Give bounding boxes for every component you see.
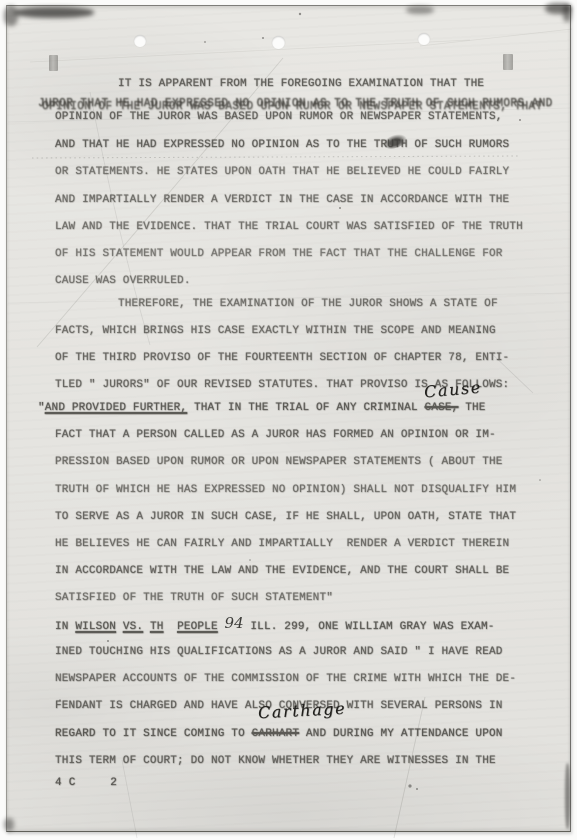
typed-text: FACTS, WHICH BRINGS HIS CASE EXACTLY WIT… <box>55 325 496 337</box>
underlined-word: TH <box>150 621 164 633</box>
smudge-mark <box>565 763 570 829</box>
typed-text: REGARD TO IT SINCE COMING TO <box>55 728 252 740</box>
typed-line: THIS TERM OF COURT; DO NOT KNOW WHETHER … <box>55 755 496 767</box>
typed-text: THAT IN THE TRIAL OF ANY CRIMINAL <box>187 402 424 414</box>
typed-text: THIS TERM OF COURT; DO NOT KNOW WHETHER … <box>55 755 496 767</box>
typed-text: IT IS APPARENT FROM THE FOREGOING EXAMIN… <box>118 78 484 90</box>
underlined-word: VS. <box>123 621 143 633</box>
typed-text: OPINION OF THE JUROR WAS BASED UPON RUMO… <box>55 111 503 123</box>
smudge-mark <box>4 818 14 831</box>
struck-word: CARHART <box>252 728 299 740</box>
typed-text: CAUSE WAS OVERRULED. <box>55 275 191 287</box>
typed-line: THEREFORE, THE EXAMINATION OF THE JUROR … <box>118 298 498 310</box>
binder-mark <box>503 54 513 70</box>
typed-text: HE BELIEVES HE CAN FAIRLY AND IMPARTIALL… <box>55 538 509 550</box>
page-footer: 4 C 2 <box>55 777 117 789</box>
typed-line: IN ACCORDANCE WITH THE LAW AND THE EVIDE… <box>55 565 509 577</box>
binder-mark <box>49 55 58 71</box>
typed-line: OF HIS STATEMENT WOULD APPEAR FROM THE F… <box>55 248 503 260</box>
typed-line: LAW AND THE EVIDENCE. THAT THE TRIAL COU… <box>55 221 523 233</box>
underlined-word: AND PROVIDED FURTHER, <box>45 402 187 414</box>
typed-line: PRESSION BASED UPON RUMOR OR UPON NEWSPA… <box>55 456 503 468</box>
typed-line: REGARD TO IT SINCE COMING TO CARHART AND… <box>55 728 503 740</box>
typed-text: OR STATEMENTS. HE STATES UPON OATH THAT … <box>55 166 509 178</box>
typed-line: FACTS, WHICH BRINGS HIS CASE EXACTLY WIT… <box>55 325 496 337</box>
typed-text <box>218 621 225 633</box>
typed-text: AND THAT HE HAD EXPRESSED NO OPINION AS … <box>55 139 374 151</box>
handwritten-number: 94 <box>225 617 244 629</box>
typed-line: IN WILSON VS. TH PEOPLE 94 ILL. 299, ONE… <box>55 618 495 633</box>
punch-hole <box>272 36 285 49</box>
underlined-word: PEOPLE <box>177 621 218 633</box>
typed-text: SATISFIED OF THE TRUTH OF SUCH STATEMENT… <box>55 592 333 604</box>
typed-line: NEWSPAPER ACCOUNTS OF THE COMMISSION OF … <box>55 673 516 685</box>
typed-line: TO SERVE AS A JUROR IN SUCH CASE, IF HE … <box>55 511 516 523</box>
typed-line: INED TOUCHING HIS QUALIFICATIONS AS A JU… <box>55 646 503 658</box>
typed-text: THE <box>458 402 485 414</box>
typed-line: CAUSE WAS OVERRULED. <box>55 275 191 287</box>
typed-text: TRUTH OF WHICH HE HAS EXPRESSED NO OPINI… <box>55 484 516 496</box>
typed-text: OF THE THIRD PROVISO OF THE FOURTEENTH S… <box>55 352 509 364</box>
typed-line: AND THAT HE HAD EXPRESSED NO OPINION AS … <box>55 139 509 151</box>
struck-word: CASE, <box>425 402 459 414</box>
typed-line: TRUTH OF WHICH HE HAS EXPRESSED NO OPINI… <box>55 484 516 496</box>
typed-text: PRESSION BASED UPON RUMOR OR UPON NEWSPA… <box>55 456 503 468</box>
typed-text: LAW AND THE EVIDENCE. THAT THE TRIAL COU… <box>55 221 523 233</box>
typed-text: NEWSPAPER ACCOUNTS OF THE COMMISSION OF … <box>55 673 516 685</box>
typed-text: THEREFORE, THE EXAMINATION OF THE JUROR … <box>118 298 498 310</box>
smudge-mark <box>406 6 434 14</box>
typed-text: AND DURING MY ATTENDANCE UPON <box>299 728 502 740</box>
typed-text: TO SERVE AS A JUROR IN SUCH CASE, IF HE … <box>55 511 516 523</box>
typed-text: 4 C 2 <box>55 777 117 789</box>
underlined-word: WILSON <box>75 621 116 633</box>
typed-text: IN ACCORDANCE WITH THE LAW AND THE EVIDE… <box>55 565 509 577</box>
typed-line: SATISFIED OF THE TRUTH OF SUCH STATEMENT… <box>55 592 333 604</box>
typed-text: OF HIS STATEMENT WOULD APPEAR FROM THE F… <box>55 248 503 260</box>
scanned-document: IT IS APPARENT FROM THE FOREGOING EXAMIN… <box>0 0 577 840</box>
typed-text: ILL. 299, ONE WILLIAM GRAY WAS EXAM- <box>244 621 495 633</box>
punch-hole <box>134 35 146 47</box>
typed-line: IT IS APPARENT FROM THE FOREGOING EXAMIN… <box>118 78 484 90</box>
typed-line: FACT THAT A PERSON CALLED AS A JUROR HAS… <box>55 429 496 441</box>
typed-text: OF SUCH RUMORS <box>408 139 510 151</box>
typed-line: OR STATEMENTS. HE STATES UPON OATH THAT … <box>55 166 509 178</box>
typed-text: IN <box>55 621 75 633</box>
typed-text: FACT THAT A PERSON CALLED AS A JUROR HAS… <box>55 429 496 441</box>
typed-text <box>164 621 178 633</box>
typed-line: OF THE THIRD PROVISO OF THE FOURTEENTH S… <box>55 352 509 364</box>
typed-text: " <box>38 402 45 414</box>
typed-text <box>143 621 150 633</box>
typed-text: INED TOUCHING HIS QUALIFICATIONS AS A JU… <box>55 646 503 658</box>
typed-line: "AND PROVIDED FURTHER, THAT IN THE TRIAL… <box>38 402 486 414</box>
smudge-mark <box>14 7 94 18</box>
typed-line: OPINION OF THE JUROR WAS BASED UPON RUMO… <box>55 111 503 123</box>
smudge-mark <box>4 6 18 26</box>
typed-text <box>116 621 123 633</box>
typed-text: TRUTH <box>374 139 408 151</box>
smudge-mark <box>563 4 571 22</box>
typed-line: HE BELIEVES HE CAN FAIRLY AND IMPARTIALL… <box>55 538 509 550</box>
typed-line: AND IMPARTIALLY RENDER A VERDICT IN THE … <box>55 194 509 206</box>
typed-text: AND IMPARTIALLY RENDER A VERDICT IN THE … <box>55 194 509 206</box>
punch-hole <box>418 33 430 45</box>
